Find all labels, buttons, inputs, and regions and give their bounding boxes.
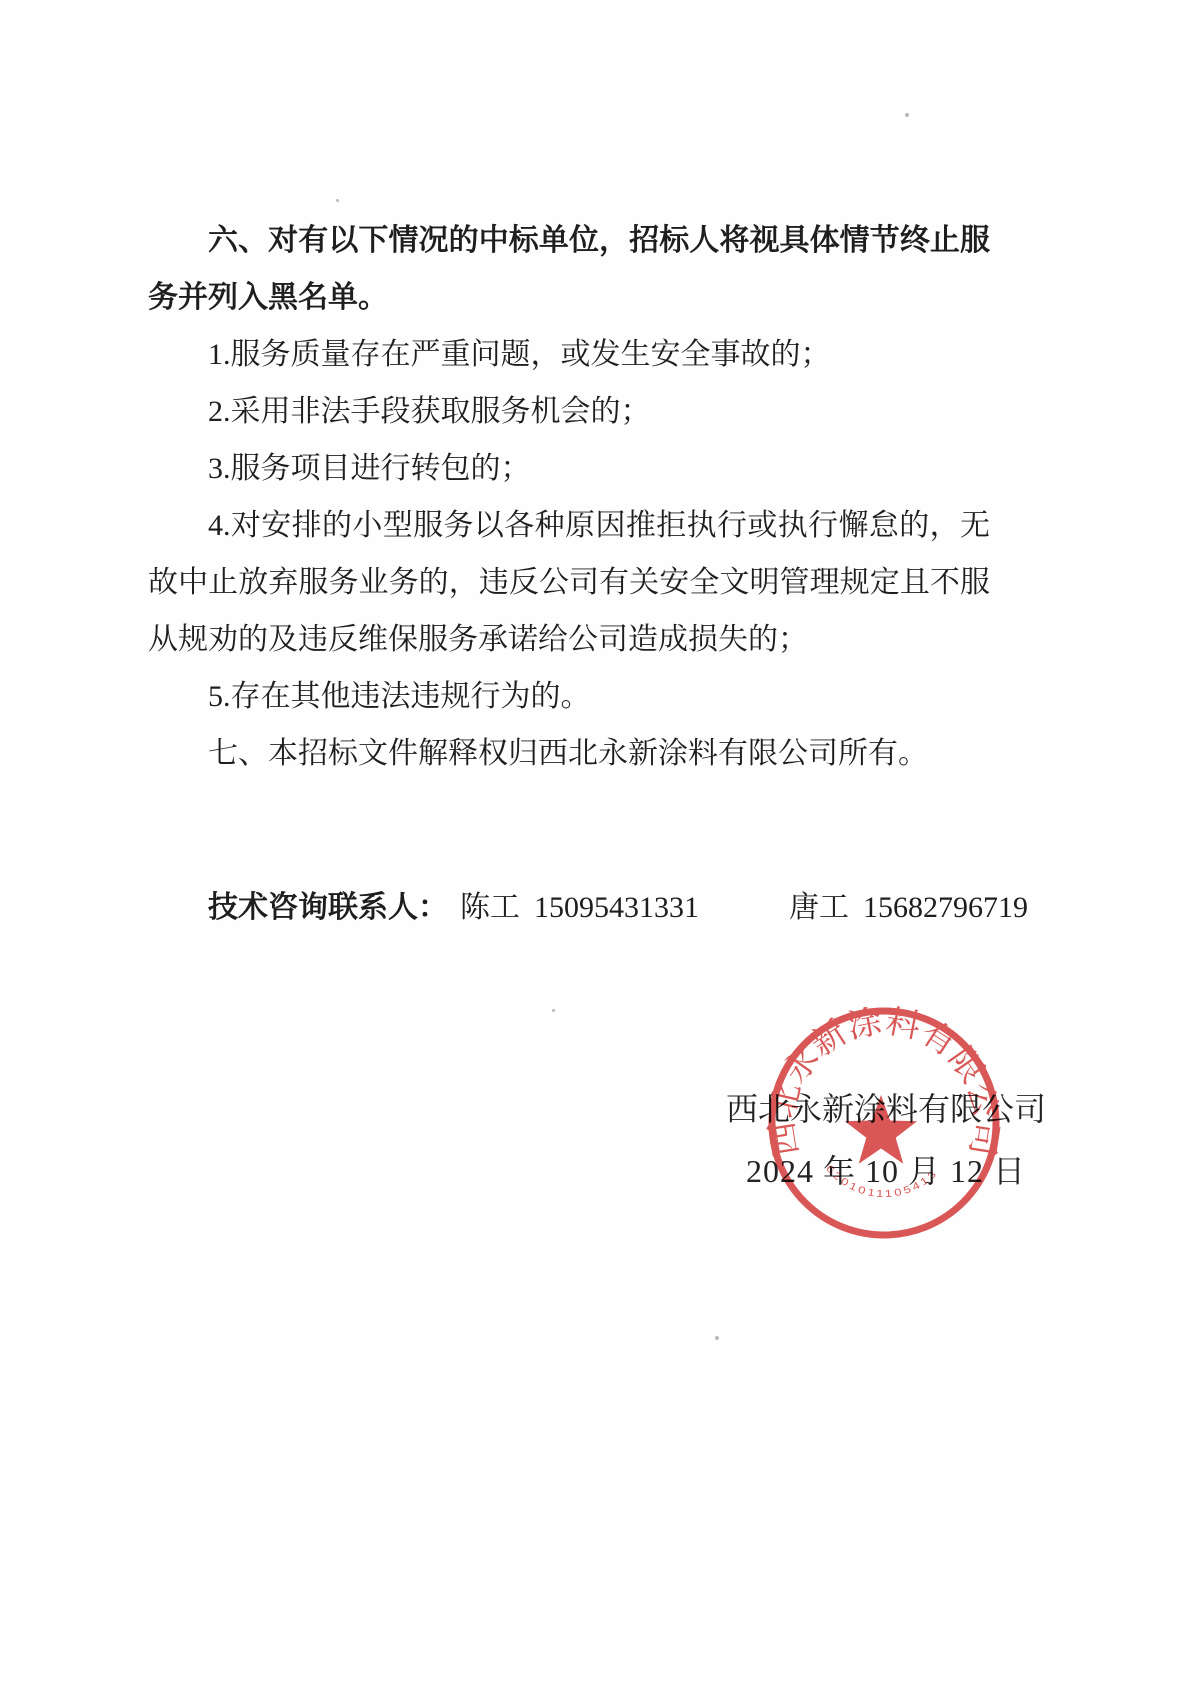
document-body: 六、对有以下情况的中标单位，招标人将视具体情节终止服务并列入黑名单。 1.服务质… bbox=[148, 212, 990, 782]
list-item-3: 3.服务项目进行转包的； bbox=[148, 440, 990, 497]
contact-1-phone: 15095431331 bbox=[534, 886, 699, 930]
scan-speck bbox=[552, 1009, 555, 1012]
scan-speck bbox=[905, 113, 909, 117]
contact-1-name: 陈工 bbox=[460, 886, 520, 930]
list-item-2: 2.采用非法手段获取服务机会的； bbox=[148, 383, 990, 440]
list-item-1: 1.服务质量存在严重问题，或发生安全事故的； bbox=[148, 326, 990, 383]
section-seven: 七、本招标文件解释权归西北永新涂料有限公司所有。 bbox=[148, 725, 990, 782]
contact-1: 陈工 15095431331 bbox=[460, 886, 699, 930]
scan-speck bbox=[715, 1336, 719, 1340]
signature-date: 2024 年 10 月 12 日 bbox=[646, 1140, 1126, 1202]
scan-speck bbox=[336, 199, 339, 202]
contact-line: 技术咨询联系人： 陈工 15095431331 唐工 15682796719 bbox=[208, 886, 1068, 930]
contact-2-phone: 15682796719 bbox=[863, 886, 1028, 930]
contact-label: 技术咨询联系人： bbox=[208, 886, 448, 930]
section-six-heading: 六、对有以下情况的中标单位，招标人将视具体情节终止服务并列入黑名单。 bbox=[148, 212, 990, 326]
document-page: 六、对有以下情况的中标单位，招标人将视具体情节终止服务并列入黑名单。 1.服务质… bbox=[0, 0, 1190, 1683]
contact-2-name: 唐工 bbox=[789, 886, 849, 930]
contact-2: 唐工 15682796719 bbox=[789, 886, 1028, 930]
list-item-5: 5.存在其他违法违规行为的。 bbox=[148, 668, 990, 725]
signature-block: 西北永新涂料有限公司 2024 年 10 月 12 日 bbox=[646, 1078, 1126, 1202]
signature-company-name: 西北永新涂料有限公司 bbox=[646, 1078, 1126, 1140]
list-item-4: 4.对安排的小型服务以各种原因推拒执行或执行懈怠的，无故中止放弃服务业务的，违反… bbox=[148, 497, 990, 668]
